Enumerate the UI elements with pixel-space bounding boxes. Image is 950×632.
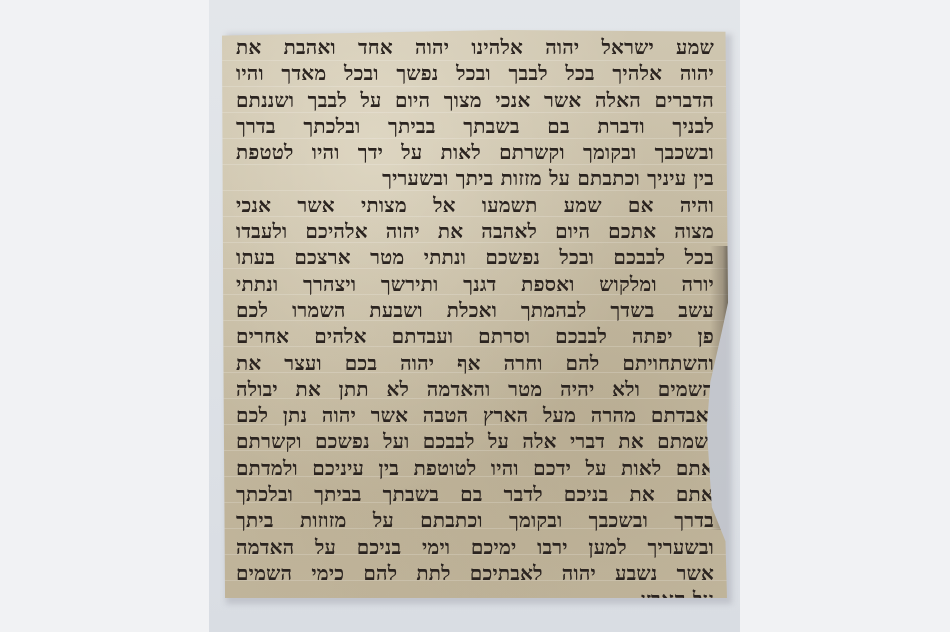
text-line-13: והשתחויתם להם וחרה אף יהוה בכם ועצר את: [236, 350, 714, 376]
text-line-19: בדרך ובשכבך ובקומך וכתבתם על מזוזות ביתך: [236, 507, 714, 533]
text-line-20: ובשעריך למען ירבו ימיכם וימי בניכם על הא…: [236, 534, 714, 560]
text-line-3: הדברים האלה אשר אנכי מצוך היום על לבבך ו…: [236, 87, 714, 113]
text-line-11: עשב בשדך לבהמתך ואכלת ושבעת השמרו לכם: [236, 297, 714, 323]
text-line-17: אתם לאות על ידכם והיו לטוטפת בין עיניכם …: [236, 455, 714, 481]
text-line-9: בכל לבבכם ובכל נפשכם ונתתי מטר ארצכם בעת…: [236, 244, 714, 270]
text-line-14: השמים ולא יהיה מטר והאדמה לא תתן את יבול…: [236, 376, 714, 402]
text-line-15: ואבדתם מהרה מעל הארץ הטבה אשר יהוה נתן ל…: [236, 402, 714, 428]
text-line-16: ושמתם את דברי אלה על לבבכם ועל נפשכם וקש…: [236, 428, 714, 454]
text-line-12: פן יפתה לבבכם וסרתם ועבדתם אלהים אחרים: [236, 323, 714, 349]
text-line-21: אשר נשבע יהוה לאבתיכם לתת להם כימי השמים: [236, 560, 714, 586]
text-line-5: ובשכבך ובקומך וקשרתם לאות על ידך והיו לט…: [236, 139, 714, 165]
mezuzah-parchment: שמע ישראל יהוה אלהינו יהוה אחד ואהבת את …: [222, 30, 728, 598]
text-line-8: מצוה אתכם היום לאהבה את יהוה אלהיכם ולעב…: [236, 218, 714, 244]
text-line-10: יורה ומלקוש ואספת דגנך ותירשך ויצהרך ונת…: [236, 271, 714, 297]
text-line-7: והיה אם שמע תשמעו אל מצותי אשר אנכי: [236, 192, 714, 218]
text-line-18: אתם את בניכם לדבר בם בשבתך בביתך ובלכתך: [236, 481, 714, 507]
text-line-6: בין עיניך וכתבתם על מזזות ביתך ובשעריך: [236, 165, 714, 191]
text-line-4: לבניך ודברת בם בשבתך בביתך ובלכתך בדרך: [236, 113, 714, 139]
text-line-1: שמע ישראל יהוה אלהינו יהוה אחד ואהבת את: [236, 34, 714, 60]
text-line-2: יהוה אלהיך בכל לבבך ובכל נפשך ובכל מאדך …: [236, 60, 714, 86]
hebrew-text-block: שמע ישראל יהוה אלהינו יהוה אחד ואהבת את …: [236, 34, 714, 613]
